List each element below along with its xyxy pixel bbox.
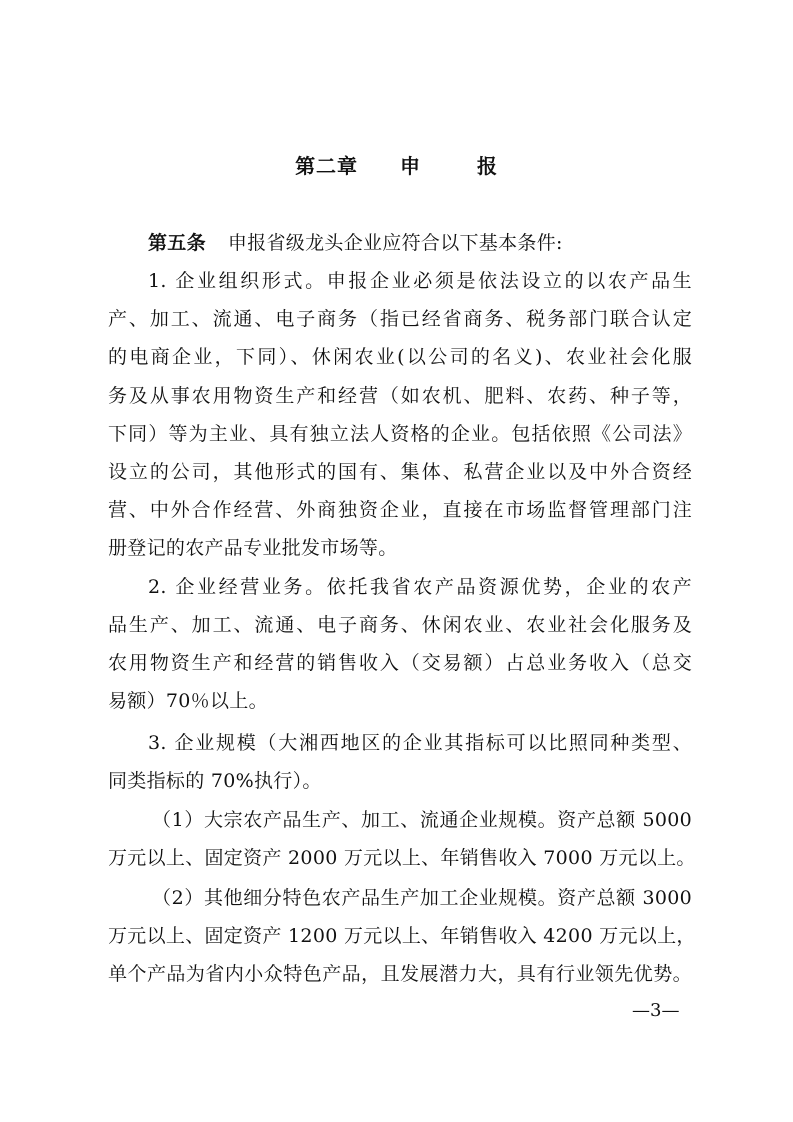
article-heading: 第五条申报省级龙头企业应符合以下基本条件: <box>148 230 692 256</box>
paragraph-line: 单个产品为省内小众特色产品，且发展潜力大，具有行业领先优势。 <box>108 961 692 987</box>
paragraph-line: 营、中外合作经营、外商独资企业，直接在市场监督管理部门注 <box>108 497 692 523</box>
paragraph-line: 万元以上、固定资产 2000 万元以上、年销售收入 7000 万元以上。 <box>108 845 692 871</box>
paragraph-line: （1）大宗农产品生产、加工、流通企业规模。资产总额 5000 <box>152 807 692 833</box>
chapter-number: 第二章 <box>295 150 358 179</box>
page-number: —3— <box>632 1000 679 1021</box>
chapter-title-char-2: 报 <box>477 150 498 179</box>
paragraph-line: 3. 企业规模（大湘西地区的企业其指标可以比照同种类型、 <box>148 730 692 756</box>
paragraph-line: 易额）70％以上。 <box>108 688 692 714</box>
paragraph-line: 下同）等为主业、具有独立法人资格的企业。包括依照《公司法》 <box>108 421 692 447</box>
article-label: 第五条 <box>148 232 206 254</box>
paragraph-line: 产、加工、流通、电子商务（指已经省商务、税务部门联合认定 <box>108 306 692 332</box>
chapter-title-char-1: 申 <box>400 150 421 179</box>
paragraph-line: 同类指标的 70%执行）。 <box>108 768 692 794</box>
paragraph-line: 农用物资生产和经营的销售收入（交易额）占总业务收入（总交 <box>108 650 692 676</box>
paragraph-line: 2. 企业经营业务。依托我省农产品资源优势，企业的农产 <box>148 574 692 600</box>
paragraph-line: 万元以上、固定资产 1200 万元以上、年销售收入 4200 万元以上， <box>108 923 692 949</box>
article-intro: 申报省级龙头企业应符合以下基本条件: <box>228 232 563 254</box>
paragraph-line: 务及从事农用物资生产和经营（如农机、肥料、农药、种子等， <box>108 383 692 409</box>
paragraph-line: 册登记的农产品专业批发市场等。 <box>108 535 692 561</box>
paragraph-line: 设立的公司，其他形式的国有、集体、私营企业以及中外合资经 <box>108 459 692 485</box>
chapter-title: 第二章 申 报 <box>0 150 793 179</box>
paragraph-line: 1. 企业组织形式。申报企业必须是依法设立的以农产品生 <box>148 268 692 294</box>
document-page: 第二章 申 报 第五条申报省级龙头企业应符合以下基本条件: 1. 企业组织形式。… <box>0 0 793 1122</box>
paragraph-line: （2）其他细分特色农产品生产加工企业规模。资产总额 3000 <box>152 885 692 911</box>
paragraph-line: 的电商企业，下同）、休闲农业(以公司的名义)、农业社会化服 <box>108 344 692 370</box>
paragraph-line: 品生产、加工、流通、电子商务、休闲农业、农业社会化服务及 <box>108 612 692 638</box>
